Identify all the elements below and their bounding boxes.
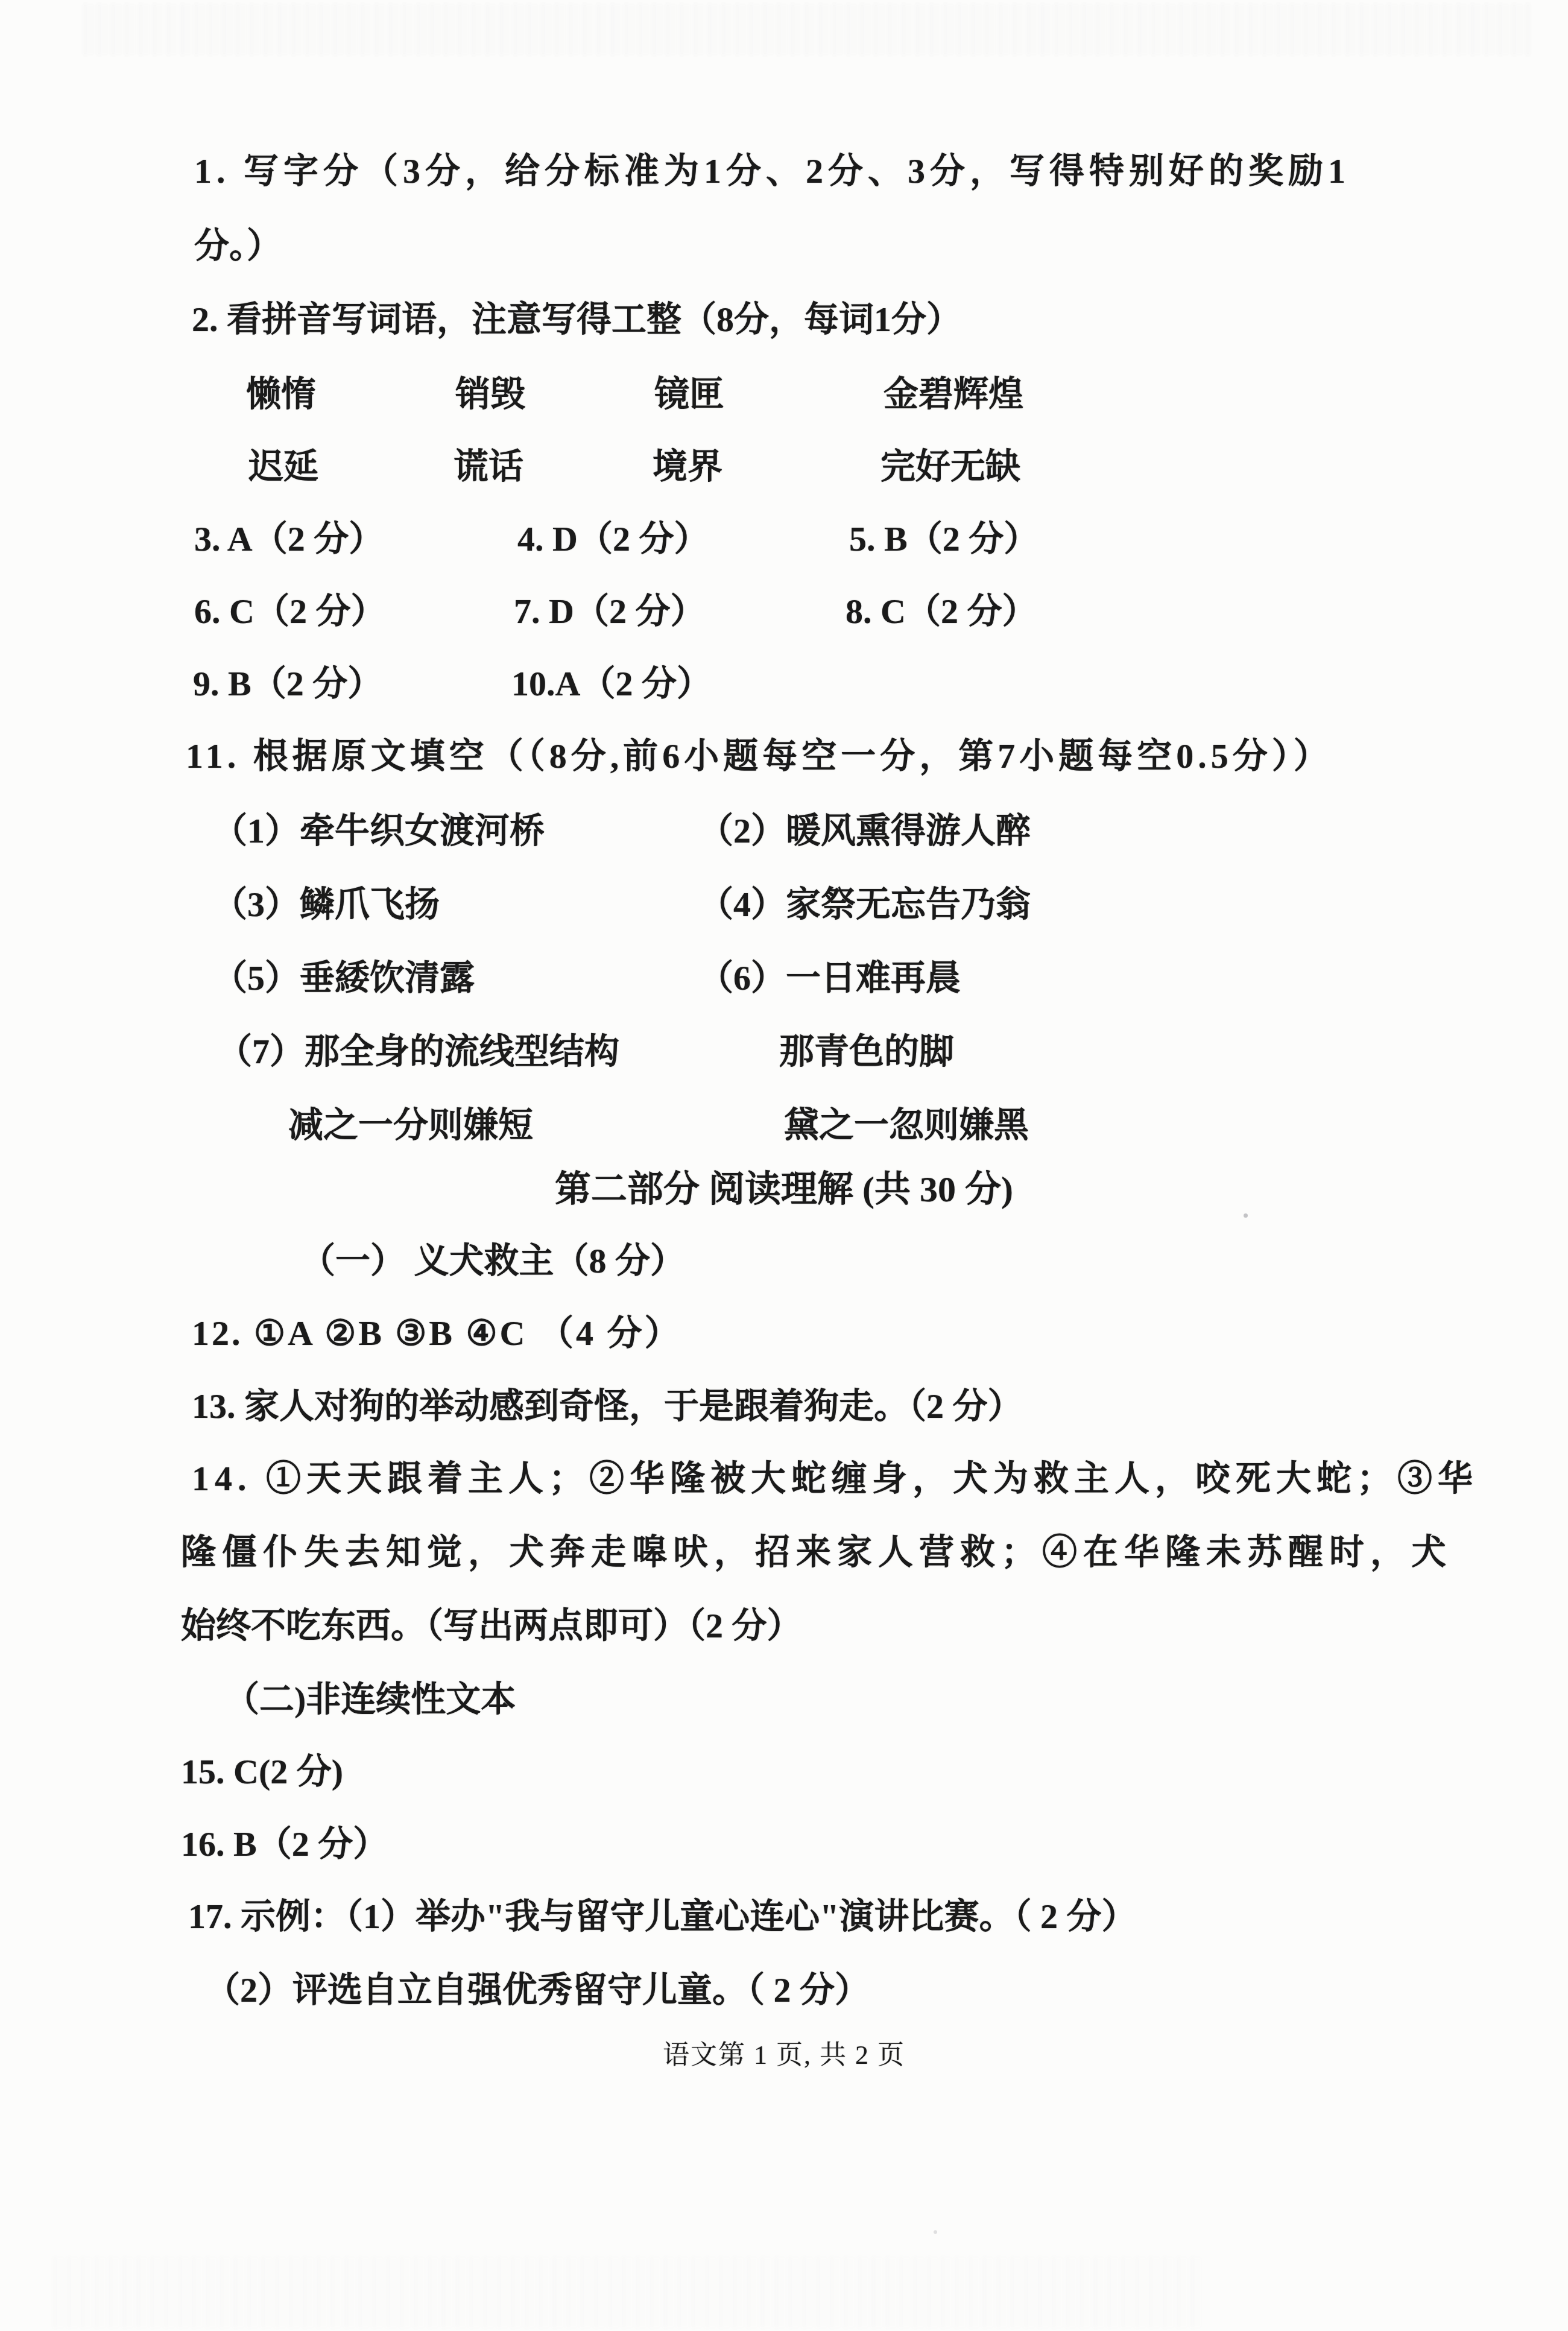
fill-blank-7b: 那青色的脚 <box>779 1030 954 1074</box>
dictation-word: 销毁 <box>455 373 525 416</box>
dictation-word: 金碧辉煌 <box>884 373 1023 416</box>
fill-blank-1: （1）牵牛织女渡河桥 <box>212 809 545 853</box>
mc-answers-row3: 9. B（2 分） 10.A（2 分） <box>0 662 1568 706</box>
fill-blank-7d: 黛之一忽则嫌黑 <box>784 1104 1029 1147</box>
dictation-words-row2: 迟延 谎话 境界 完好无缺 <box>0 445 1568 489</box>
q17-answer-line2: （2）评选自立自强优秀留守儿童。（ 2 分） <box>205 1969 870 2012</box>
q12-answer: 12. ①A ②B ③B ④C （4 分） <box>192 1312 681 1355</box>
mc-answers-row1: 3. A（2 分） 4. D（2 分） 5. B（2 分） <box>0 517 1568 561</box>
page-footer: 语文第 1 页, 共 2 页 <box>0 2034 1568 2077</box>
answer-q9: 9. B（2 分） <box>193 662 382 706</box>
q1-answer-line2: 分。） <box>194 224 282 268</box>
answer-q6: 6. C（2 分） <box>194 590 385 633</box>
q15-answer: 15. C(2 分) <box>181 1750 343 1794</box>
q14-answer-line1: 14. ①天天跟着主人；②华隆被大蛇缠身，犬为救主人，咬死大蛇；③华 <box>192 1457 1478 1501</box>
scanned-answer-sheet-page: 1. 写字分（3分，给分标准为1分、2分、3分，写得特别好的奖励1 分。） 2.… <box>0 0 1568 2331</box>
q1-answer-line1: 1. 写字分（3分，给分标准为1分、2分、3分，写得特别好的奖励1 <box>194 150 1350 193</box>
dictation-word: 境界 <box>653 445 722 489</box>
q11-blanks-row3: （5）垂緌饮清露 （6）一日难再晨 <box>0 957 1568 1000</box>
answer-q3: 3. A（2 分） <box>194 517 384 561</box>
dictation-word: 镜匣 <box>654 373 724 416</box>
q11-heading: 11. 根据原文填空（（8分,前6小题每空一分，第7小题每空0.5分）） <box>186 735 1333 778</box>
fill-blank-2: （2）暖风熏得游人醉 <box>698 809 1031 853</box>
dictation-words-row1: 懒惰 销毁 镜匣 金碧辉煌 <box>0 373 1568 416</box>
q16-answer: 16. B（2 分） <box>181 1823 388 1866</box>
fill-blank-7a: （7）那全身的流线型结构 <box>217 1030 619 1074</box>
answer-q7: 7. D（2 分） <box>514 590 705 633</box>
q14-answer-line3: 始终不吃东西。（写出两点即可）（2 分） <box>181 1604 802 1648</box>
fill-blank-3: （3）鳞爪飞扬 <box>212 883 440 926</box>
scan-speck <box>1244 1213 1248 1218</box>
answer-q5: 5. B（2 分） <box>849 517 1038 561</box>
q11-blanks-row1: （1）牵牛织女渡河桥 （2）暖风熏得游人醉 <box>0 809 1568 853</box>
answer-q8: 8. C（2 分） <box>846 590 1037 633</box>
fill-blank-7c: 减之一分则嫌短 <box>288 1104 533 1147</box>
dictation-word: 迟延 <box>248 445 318 489</box>
fill-blank-6: （6）一日难再晨 <box>698 957 961 1000</box>
part2-section-title: 第二部分 阅读理解 (共 30 分) <box>0 1168 1568 1211</box>
q11-blanks-row5: 减之一分则嫌短 黛之一忽则嫌黑 <box>0 1104 1568 1147</box>
scan-bleed-artifact-bottom <box>54 2257 1200 2328</box>
fill-blank-5: （5）垂緌饮清露 <box>212 957 475 1000</box>
answer-q10: 10.A（2 分） <box>511 662 712 706</box>
fill-blank-4: （4）家祭无忘告乃翁 <box>698 883 1031 926</box>
q2-heading: 2. 看拼音写词语，注意写得工整（8分，每词1分） <box>192 298 961 341</box>
part2-subsection1-title: （一） 义犬救主（8 分） <box>300 1239 685 1283</box>
dictation-word: 完好无缺 <box>880 445 1020 489</box>
q14-answer-line2: 隆僵仆失去知觉，犬奔走嗥吠，招来家人营救；④在华隆未苏醒时，犬 <box>181 1531 1452 1574</box>
answer-q4: 4. D（2 分） <box>517 517 709 561</box>
dictation-word: 懒惰 <box>246 373 316 416</box>
q13-answer: 13. 家人对狗的举动感到奇怪，于是跟着狗走。（2 分） <box>192 1385 1023 1428</box>
mc-answers-row2: 6. C（2 分） 7. D（2 分） 8. C（2 分） <box>0 590 1568 633</box>
dictation-word: 谎话 <box>454 445 523 489</box>
q11-blanks-row2: （3）鳞爪飞扬 （4）家祭无忘告乃翁 <box>0 883 1568 926</box>
part2-subsection2-title: （二)非连续性文本 <box>224 1678 516 1721</box>
q17-answer-line1: 17. 示例：（1）举办"我与留守儿童心连心"演讲比赛。（ 2 分） <box>188 1895 1136 1938</box>
scan-speck <box>934 2230 937 2234</box>
q11-blanks-row4: （7）那全身的流线型结构 那青色的脚 <box>0 1030 1568 1074</box>
scan-bleed-artifact-top <box>84 4 1532 55</box>
